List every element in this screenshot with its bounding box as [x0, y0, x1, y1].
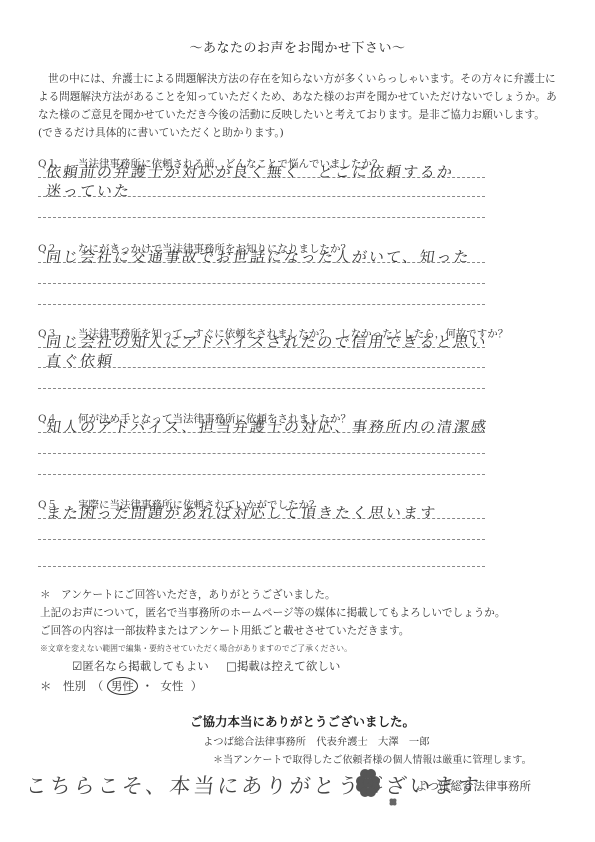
small-clover-icon — [388, 792, 398, 802]
firm-name-logo: よつば総合法律事務所 — [416, 778, 531, 794]
answer-rule — [38, 474, 485, 475]
answer-line-2: 迷っていた — [45, 180, 133, 201]
answer-line-1: また困った問題があれば対応して頂きたく思います — [45, 502, 439, 523]
gender-prefix: ＊ 性別 （ — [40, 679, 103, 693]
closing-thanks: ご協力本当にありがとうございました。 — [190, 712, 415, 730]
answer-line-1: 知人のアドバイス、担当弁護士の対応、事務所内の清潔感 — [45, 416, 490, 437]
publish-question: 上記のお声について，匿名で当事務所のホームページ等の媒体に掲載してもよろしいでし… — [40, 605, 506, 620]
answer-rule — [38, 539, 485, 540]
gender-suffix: ） — [191, 679, 203, 693]
answer-line-1: 同じ会社の知人にアドバイスされたので信用できると思い — [45, 331, 490, 352]
answer-rule — [38, 432, 485, 433]
option-decline[interactable]: □掲載は控えて欲しい — [226, 658, 340, 674]
checkbox-checked-icon[interactable]: ☑ — [72, 659, 82, 673]
answer-line-1: 同じ会社に交通事故でお世話になった人がいて、知った — [45, 246, 473, 267]
gender-option-male-selected[interactable]: 男性 — [107, 677, 138, 695]
gender-field: ＊ 性別 （ 男性 ・ 女性 ） — [40, 677, 202, 695]
option-label: 掲載は控えて欲しい — [237, 659, 341, 673]
answer-rule — [38, 304, 485, 305]
answer-rule — [38, 566, 485, 567]
handwritten-reply: こちらこそ、本当にありがとうございます — [24, 770, 483, 800]
answer-rule — [38, 177, 485, 178]
edit-note: ※文章を変えない範囲で編集・要約させていただく場合がありますのでご了承ください。 — [40, 643, 352, 654]
signature: よつば総合法律事務所 代表弁護士 大澤 一郎 — [203, 733, 430, 748]
checkbox-empty-icon[interactable]: □ — [226, 659, 237, 673]
privacy-note: ＊当アンケートで取得したご依頼者様の個人情報は厳重に管理します。 — [213, 751, 532, 766]
answer-rule — [38, 347, 485, 348]
answer-line-1: 依頼前の弁護士が対応が良く無く どこに依頼するか — [45, 161, 456, 182]
answer-rule — [38, 283, 485, 284]
option-label: 匿名なら掲載してもよい — [82, 659, 209, 673]
gender-option-female[interactable]: 女性 — [160, 679, 183, 693]
page-title: ～あなたのお声をお聞かせ下さい～ — [0, 37, 595, 56]
option-anonymous-ok[interactable]: ☑匿名なら掲載してもよい — [72, 658, 209, 674]
survey-thanks-note: ＊ アンケートにご回答いただき，ありがとうございました。 — [40, 587, 336, 602]
answer-rule — [38, 262, 485, 263]
publish-detail: ご回答の内容は一部抜粋またはアンケート用紙ごと載せさせていただきます。 — [40, 623, 409, 638]
answer-rule — [38, 367, 485, 368]
answer-rule — [38, 196, 485, 197]
answer-rule — [38, 518, 485, 519]
answer-rule — [38, 453, 485, 454]
clover-icon — [352, 765, 388, 801]
gender-separator: ・ — [142, 679, 154, 693]
answer-rule — [38, 388, 485, 389]
intro-paragraph: 世の中には、弁護士による問題解決方法の存在を知らない方が多くいらっしゃいます。そ… — [38, 70, 558, 142]
answer-rule — [38, 217, 485, 218]
